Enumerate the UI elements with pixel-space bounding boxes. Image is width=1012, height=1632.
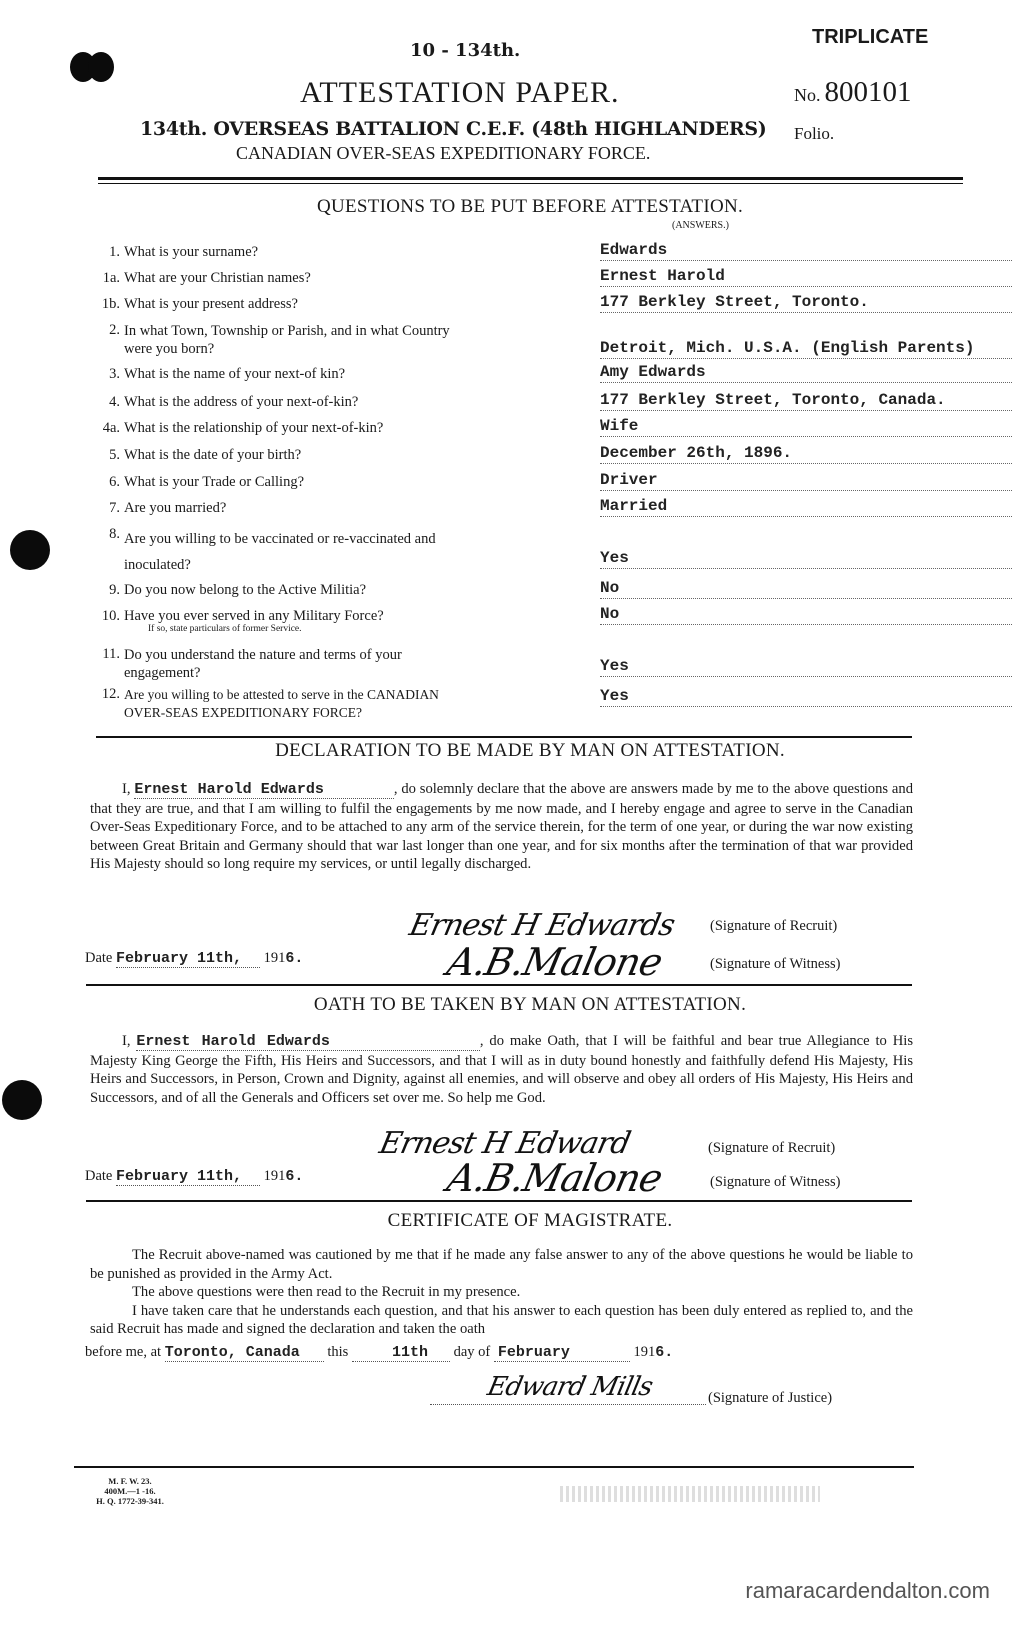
divider <box>74 1466 914 1468</box>
witness-signature-label: (Signature of Witness) <box>710 956 840 973</box>
document-number: No. 800101 <box>794 76 912 109</box>
force-line: CANADIAN OVER-SEAS EXPEDITIONARY FORCE. <box>236 143 650 164</box>
answer-field[interactable]: No <box>600 578 1012 599</box>
answer-field[interactable]: Wife <box>600 416 1012 437</box>
watermark: ramaracardendalton.com <box>745 1578 990 1604</box>
number-value: 800101 <box>825 76 912 108</box>
answer-field[interactable]: December 26th, 1896. <box>600 443 1012 464</box>
place-field[interactable]: Toronto, Canada <box>165 1344 324 1362</box>
declaration-title: DECLARATION TO BE MADE BY MAN ON ATTESTA… <box>100 740 960 762</box>
punch-hole <box>2 1080 42 1120</box>
faded-stamp <box>560 1486 820 1502</box>
question-text: What is your Trade or Calling? <box>124 474 484 491</box>
question-row: 12. Are you willing to be attested to se… <box>100 686 980 726</box>
form-codes: M. F. W. 23. 400M.—1 -16. H. Q. 1772-39-… <box>80 1476 180 1506</box>
declarant-name-field[interactable]: Ernest Harold Edwards <box>134 781 393 799</box>
declaration-date-field[interactable]: February 11th, <box>116 950 260 968</box>
question-text: Do you now belong to the Active Militia? <box>124 582 484 599</box>
copy-type-label: TRIPLICATE <box>812 26 928 49</box>
day-field[interactable]: 11th <box>352 1344 450 1362</box>
answer-field[interactable]: Detroit, Mich. U.S.A. (English Parents) <box>600 338 1012 359</box>
question-text: What are your Christian names? <box>124 270 484 287</box>
question-text: Have you ever served in any Military For… <box>124 608 484 625</box>
declaration-text: I, Ernest Harold Edwards, do solemnly de… <box>90 780 913 874</box>
divider <box>98 177 963 180</box>
question-row: 2. In what Town, Township or Parish, and… <box>100 322 980 366</box>
question-text: What is the name of your next-of kin? <box>124 366 484 383</box>
punch-hole <box>88 52 114 82</box>
answer-field[interactable]: Yes <box>600 656 1012 677</box>
witness-signature: A.B.Malone <box>443 1156 665 1200</box>
month-field[interactable]: February <box>494 1344 630 1362</box>
certificate-title: CERTIFICATE OF MAGISTRATE. <box>100 1210 960 1232</box>
question-text: Do you understand the nature and terms o… <box>124 646 469 682</box>
question-row: 11. Do you understand the nature and ter… <box>100 646 980 686</box>
question-text: What is the address of your next-of-kin? <box>124 394 484 411</box>
question-row: 3. What is the name of your next-of kin?… <box>100 366 980 392</box>
answer-field[interactable]: Ernest Harold <box>600 266 1012 287</box>
answer-field[interactable]: Yes <box>600 686 1012 707</box>
oath-title: OATH TO BE TAKEN BY MAN ON ATTESTATION. <box>100 994 960 1016</box>
question-text: Are you married? <box>124 500 484 517</box>
recruit-signature: Ernest H Edwards <box>406 908 677 943</box>
answer-field[interactable]: Amy Edwards <box>600 362 1012 383</box>
answer-field[interactable]: No <box>600 604 1012 625</box>
questions-section-title: QUESTIONS TO BE PUT BEFORE ATTESTATION. <box>100 196 960 218</box>
answer-field[interactable]: 177 Berkley Street, Toronto. <box>600 292 1012 313</box>
divider <box>86 1200 912 1202</box>
certificate-text: The Recruit above-named was cautioned by… <box>90 1246 913 1339</box>
question-row: 7. Are you married? Married <box>100 500 980 526</box>
question-text: What is the date of your birth? <box>124 447 484 464</box>
question-text: Are you willing to be vaccinated or re-v… <box>124 526 469 578</box>
recruit-signature-label: (Signature of Recruit) <box>708 1140 835 1157</box>
question-row: 10. Have you ever served in any Military… <box>100 608 980 644</box>
oath-name-field[interactable]: Ernest Harold Edwards <box>136 1033 479 1051</box>
recruit-signature-label: (Signature of Recruit) <box>710 918 837 935</box>
justice-signature-label: (Signature of Justice) <box>708 1390 832 1407</box>
answer-field[interactable]: Edwards <box>600 240 1012 261</box>
question-sub-note: If so, state particulars of former Servi… <box>148 624 302 634</box>
answer-field[interactable]: Driver <box>600 470 1012 491</box>
justice-signature: Edward Mills <box>485 1372 655 1402</box>
divider <box>86 984 912 986</box>
question-text: What is the relationship of your next-of… <box>124 420 484 437</box>
divider <box>98 183 963 184</box>
question-row: 1b. What is your present address? 177 Be… <box>100 296 980 322</box>
answers-column-label: (ANSWERS.) <box>672 220 729 231</box>
declaration-date-line: Date February 11th, 1916. <box>85 950 303 967</box>
question-text: In what Town, Township or Parish, and in… <box>124 322 469 358</box>
divider <box>96 736 912 738</box>
witness-signature-label: (Signature of Witness) <box>710 1174 840 1191</box>
question-text: Are you willing to be attested to serve … <box>124 686 469 722</box>
question-row: 8. Are you willing to be vaccinated or r… <box>100 526 980 580</box>
certificate-place-date-line: before me, at Toronto, Canada this 11th … <box>85 1344 915 1361</box>
folio-label: Folio. <box>794 124 834 144</box>
answer-field[interactable]: Married <box>600 496 1012 517</box>
oath-date-field[interactable]: February 11th, <box>116 1168 260 1186</box>
document-title: ATTESTATION PAPER. <box>300 76 620 110</box>
justice-signature-line <box>430 1404 706 1405</box>
witness-signature: A.B.Malone <box>443 940 665 984</box>
question-text: What is your surname? <box>124 244 484 261</box>
punch-hole <box>10 530 50 570</box>
battalion-line: 134th. OVERSEAS BATTALION C.E.F. (48th H… <box>140 118 766 140</box>
oath-text: I, Ernest Harold Edwards, do make Oath, … <box>90 1032 913 1107</box>
question-text: What is your present address? <box>124 296 484 313</box>
oath-date-line: Date February 11th, 1916. <box>85 1168 303 1185</box>
file-reference: 10 - 134th. <box>410 40 520 61</box>
answer-field[interactable]: 177 Berkley Street, Toronto, Canada. <box>600 390 1012 411</box>
number-label: No. <box>794 85 821 105</box>
answer-field[interactable]: Yes <box>600 548 1012 569</box>
